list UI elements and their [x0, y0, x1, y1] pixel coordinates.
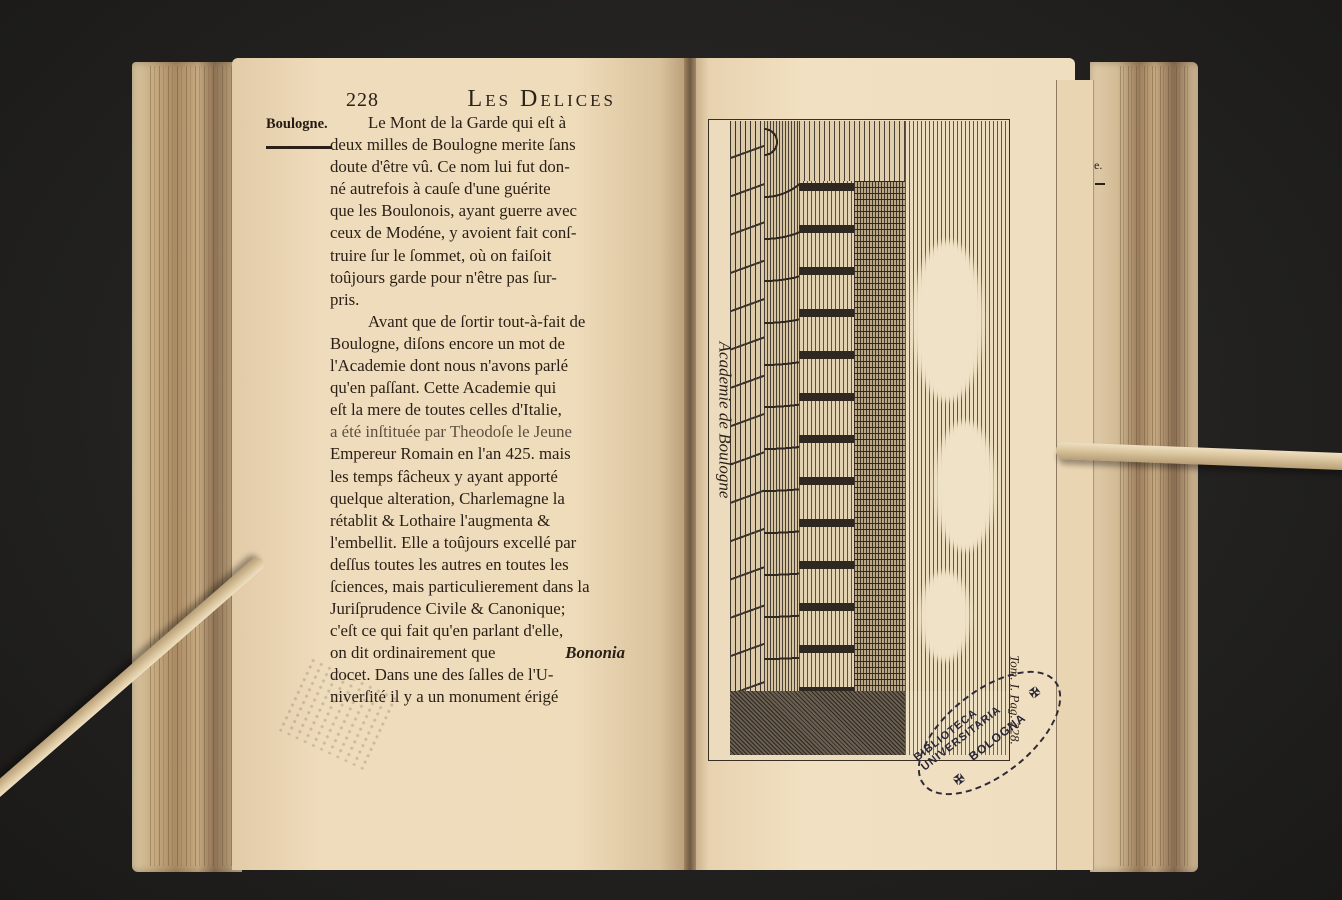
page-edges-left — [150, 66, 240, 866]
text-line: l'Academie dont nous n'avons parlé — [330, 355, 625, 377]
engraving-corner-building — [730, 691, 920, 755]
text-fragment: on dit ordinairement que — [330, 642, 495, 664]
text-line: Le Mont de la Garde qui eſt à — [330, 112, 625, 134]
text-line-with-latin: on dit ordinairement que Bononia — [330, 642, 625, 664]
margin-note: Boulogne. — [266, 116, 328, 133]
text-line: Boulogne, diſons encore un mot de — [330, 333, 625, 355]
book-gutter — [684, 58, 696, 870]
cloud — [935, 421, 995, 551]
engraving-sky — [905, 121, 1006, 691]
stamp-cross-icon: ✠ — [951, 771, 968, 788]
folded-leaf — [1056, 80, 1094, 870]
text-line: c'eſt ce qui fait qu'en parlant d'elle, — [330, 620, 625, 642]
text-line: toûjours garde pour n'être pas ſur- — [330, 267, 625, 289]
text-line: deux milles de Boulogne merite ſans — [330, 134, 625, 156]
stamp-cross-icon: ✠ — [1026, 684, 1043, 701]
text-line: Empereur Romain en l'an 425. mais — [330, 443, 625, 465]
text-line: rétablit & Lothaire l'augmenta & — [330, 510, 625, 532]
text-line: Avant que de ſortir tout-à-fait de — [330, 311, 625, 333]
text-line: que les Boulonois, ayant guerre avec — [330, 200, 625, 222]
text-line: ceux de Modéne, y avoient fait conſ- — [330, 222, 625, 244]
margin-rule — [266, 146, 332, 149]
text-line: eſt la mere de toutes celles d'Italie, — [330, 399, 625, 421]
engraving-facade-windows — [799, 121, 854, 755]
cloud — [913, 241, 983, 401]
latin-phrase: Bononia — [565, 642, 625, 664]
text-line: ſciences, mais particulierement dans la — [330, 576, 625, 598]
text-line: a été inſtituée par Theodoſe le Jeune — [330, 421, 625, 443]
text-line: les temps fâcheux y ayant apporté — [330, 466, 625, 488]
running-head: 228 Les Delices — [346, 86, 616, 113]
page-number: 228 — [346, 89, 379, 112]
engraving-roofline — [854, 181, 905, 755]
text-line: l'embellit. Elle a toûjours excellé par — [330, 532, 625, 554]
plate-caption: Academie de Boulogne — [704, 300, 744, 540]
page-edges-right — [1120, 66, 1190, 866]
open-book: 228 Les Delices Boulogne. Le Mont de la … — [0, 0, 1342, 900]
text-line: truire ſur le ſommet, où on faiſoit — [330, 245, 625, 267]
text-line: doute d'être vû. Ce nom lui fut don- — [330, 156, 625, 178]
body-text: Le Mont de la Garde qui eſt à deux mille… — [330, 112, 625, 709]
leaf-margin-rule — [1095, 183, 1105, 185]
leaf-margin-fragment: e. — [1094, 158, 1102, 173]
text-line: quelque alteration, Charlemagne la — [330, 488, 625, 510]
text-line: pris. — [330, 289, 625, 311]
text-line: né autrefois à cauſe d'une guérite — [330, 178, 625, 200]
running-title: Les Delices — [468, 86, 616, 113]
text-line: deſſus toutes les autres en toutes les — [330, 554, 625, 576]
engraving-academie-de-boulogne — [730, 121, 1006, 755]
cloud — [920, 571, 970, 661]
text-line: docet. Dans une des ſalles de l'U- — [330, 664, 625, 686]
plate-caption-text: Academie de Boulogne — [714, 342, 734, 499]
text-line: qu'en paſſant. Cette Academie qui — [330, 377, 625, 399]
engraving-end-building — [799, 121, 905, 181]
text-line: Juriſprudence Civile & Canonique; — [330, 598, 625, 620]
engraving-arcade — [764, 121, 799, 755]
